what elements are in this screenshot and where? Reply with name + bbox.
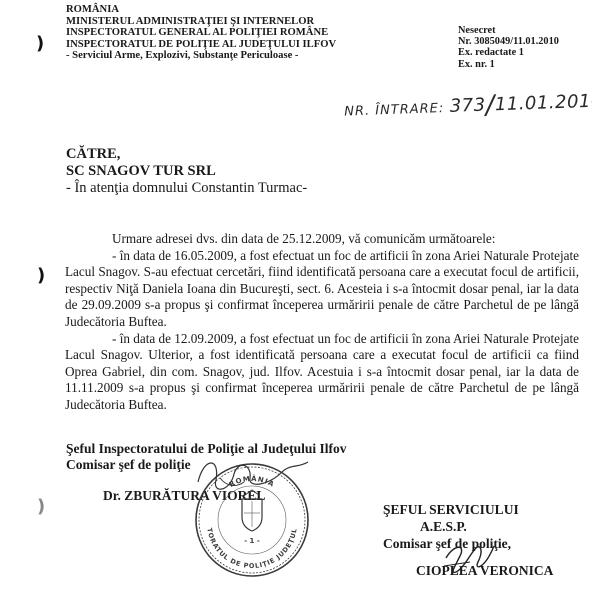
- service-unit: A.E.S.P.: [383, 518, 553, 535]
- service-head-title: ŞEFUL SERVICIULUI: [383, 501, 553, 518]
- classification: Nesecret: [458, 25, 559, 36]
- registration-date: 11.01.2010: [495, 90, 592, 115]
- svg-text:TORATUL DE POLIŢIE JUDEŢUL: TORATUL DE POLIŢIE JUDEŢUL: [205, 527, 298, 570]
- service-line: - Serviciul Arme, Explozivi, Substanţe P…: [66, 50, 336, 62]
- issuer-header: ROMÂNIA MINISTERUL ADMINISTRAŢIEI ŞI INT…: [66, 4, 336, 62]
- copy-number: Ex. nr. 1: [458, 59, 559, 70]
- signatory-rank: Comisar şef de poliţie,: [383, 535, 553, 552]
- slash-mark: /: [485, 90, 495, 120]
- ministry-line: MINISTERUL ADMINISTRAŢIEI ŞI INTERNELOR: [66, 16, 336, 28]
- margin-punch-mark: ): [36, 33, 44, 54]
- country-line: ROMÂNIA: [66, 4, 336, 16]
- official-stamp-icon: ROMÂNIA TORATUL DE POLIŢIE JUDEŢUL - 1 -: [193, 461, 311, 579]
- body-paragraph: - în data de 16.05.2009, a fost efectuat…: [65, 248, 579, 331]
- svg-text:ROMÂNIA: ROMÂNIA: [228, 474, 276, 489]
- document-number: Nr. 3085049/11.01.2010: [458, 36, 559, 47]
- registration-number: 373: [449, 95, 486, 117]
- signatory-name: CIOPLEA VERONICA: [383, 562, 553, 579]
- to-label: CĂTRE,: [66, 146, 307, 163]
- letter-body: Urmare adresei dvs. din data de 25.12.20…: [65, 231, 579, 414]
- attention-line: - În atenţia domnului Constantin Turmac-: [66, 180, 307, 197]
- margin-punch-mark: ): [37, 496, 45, 517]
- margin-punch-mark: ): [37, 265, 45, 286]
- registration-label: NR. ÎNTRARE:: [344, 101, 445, 119]
- svg-text:- 1 -: - 1 -: [244, 537, 260, 545]
- copies-drafted: Ex. redactate 1: [458, 47, 559, 58]
- signatory-title: Şeful Inspectoratului de Poliţie al Jude…: [66, 441, 347, 457]
- intro-paragraph: Urmare adresei dvs. din data de 25.12.20…: [65, 231, 579, 248]
- document-reference: Nesecret Nr. 3085049/11.01.2010 Ex. reda…: [458, 25, 559, 70]
- handwritten-registration: NR. ÎNTRARE: 373/11.01.2010: [344, 83, 592, 122]
- recipient-company: SC SNAGOV TUR SRL: [66, 163, 307, 180]
- body-paragraph: - în data de 12.09.2009, a fost efectuat…: [65, 331, 579, 414]
- county-inspectorate-line: INSPECTORATUL DE POLIŢIE AL JUDEŢULUI IL…: [66, 39, 336, 51]
- recipient-block: CĂTRE, SC SNAGOV TUR SRL - În atenţia do…: [66, 146, 307, 197]
- general-inspectorate-line: INSPECTORATUL GENERAL AL POLIŢIEI ROMÂNE: [66, 27, 336, 39]
- right-signatory-block: ŞEFUL SERVICIULUI A.E.S.P. Comisar şef d…: [383, 501, 553, 579]
